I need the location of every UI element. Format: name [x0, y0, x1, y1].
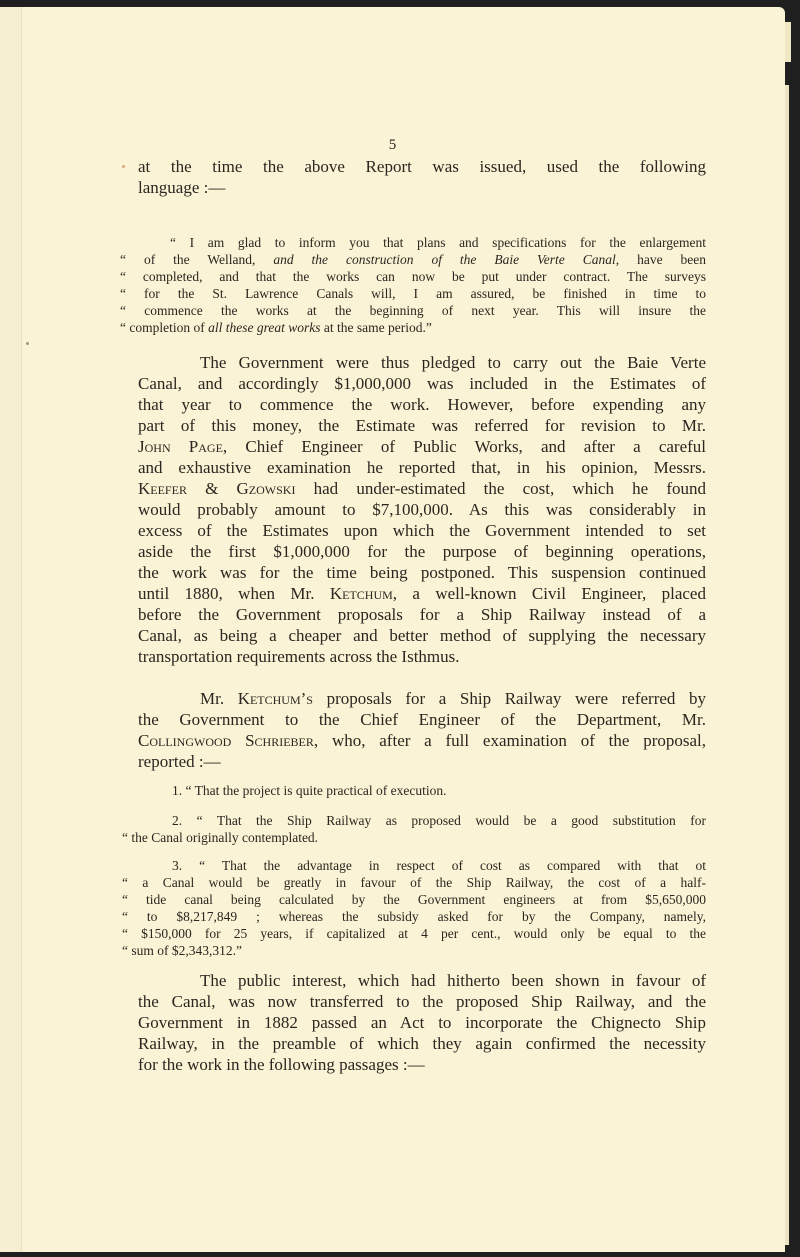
text-line: language :— [138, 177, 706, 198]
text-line: excess of the Estimates upon which the G… [138, 520, 706, 541]
text-line: The public interest, which had hitherto … [138, 970, 706, 991]
quote-line: “ $150,000 for 25 years, if capitalized … [122, 925, 706, 942]
person-name: Keefer & Gzowski [138, 479, 295, 498]
quote-text: “ of the Welland, [120, 252, 273, 267]
text-span: had under-estimated the cost, which he f… [314, 479, 706, 498]
quote-emphasis: all these great works [208, 320, 320, 335]
quote-text: at the same period.” [320, 320, 431, 335]
paragraph-government-pledge: The Government were thus pledged to carr… [138, 352, 706, 667]
quote-line: “ completion of all these great works at… [120, 319, 706, 336]
text-line: transportation requirements across the I… [138, 646, 706, 667]
quote-line: “ completed, and that the works can now … [120, 268, 706, 285]
quote-line: “ tide canal being calculated by the Gov… [122, 891, 706, 908]
item-number: 1. [172, 783, 182, 798]
text-line: would probably amount to $7,100,000. As … [138, 499, 706, 520]
paragraph-continuation: at the time the above Report was issued,… [138, 156, 706, 198]
person-name: Ketchum’s [238, 689, 313, 708]
page-edge-tab [785, 22, 791, 62]
quote-text: “ That the Ship Railway as proposed woul… [197, 813, 706, 828]
text-line: aside the first $1,000,000 for the purpo… [138, 541, 706, 562]
paragraph-ketchum-proposals: Mr. Ketchum’s proposals for a Ship Railw… [138, 688, 706, 772]
text-line: Mr. Ketchum’s proposals for a Ship Railw… [138, 688, 706, 709]
quote-line: “ to $8,217,849 ; whereas the subsidy as… [122, 908, 706, 925]
page-number: 5 [0, 137, 785, 154]
block-quote: “ I am glad to inform you that plans and… [120, 234, 706, 336]
binding-fold [0, 7, 22, 1252]
text-line: the work was for the time being postpone… [138, 562, 706, 583]
text-line: John Page, Chief Engineer of Public Work… [138, 436, 706, 457]
text-span: Mr. [200, 689, 238, 708]
paper-speck [26, 342, 29, 345]
text-span: a well-known Civil Engineer, placed [397, 584, 706, 603]
paper-speck [122, 165, 125, 168]
quote-line: “ a Canal would be greatly in favour of … [122, 874, 706, 891]
text-line: Railway, in the preamble of which they a… [138, 1033, 706, 1054]
item-number: 2. [172, 813, 182, 828]
page-edge [785, 85, 789, 1245]
text-span: who, after a full examination of the pro… [332, 731, 706, 750]
quote-emphasis: and the construction of the Baie Verte C… [273, 252, 619, 267]
quote-line: “ sum of $2,343,312.” [122, 942, 706, 959]
text-line: The Government were thus pledged to carr… [138, 352, 706, 373]
text-line: part of this money, the Estimate was ref… [138, 415, 706, 436]
quote-text: have been [619, 252, 706, 267]
text-line: Keefer & Gzowski had under-estimated the… [138, 478, 706, 499]
quote-line: 1. “ That the project is quite practical… [172, 782, 706, 799]
text-span: Chief Engineer of Public Works, and afte… [245, 437, 706, 456]
text-line: Canal, as being a cheaper and better met… [138, 625, 706, 646]
text-line: at the time the above Report was issued,… [138, 156, 706, 177]
quote-line: “ the Canal originally contemplated. [122, 829, 706, 846]
report-item-2: 2. “ That the Ship Railway as proposed w… [172, 812, 706, 846]
paragraph-public-interest: The public interest, which had hitherto … [138, 970, 706, 1075]
quote-line: “ of the Welland, and the construction o… [120, 251, 706, 268]
text-line: Government in 1882 passed an Act to inco… [138, 1012, 706, 1033]
quote-line: “ commence the works at the beginning of… [120, 302, 706, 319]
person-name: Collingwood Schrieber, [138, 731, 318, 750]
report-item-1: 1. “ That the project is quite practical… [172, 782, 706, 799]
quote-text: “ That the advantage in respect of cost … [199, 858, 706, 873]
person-name: Ketchum, [330, 584, 397, 603]
person-name: John Page, [138, 437, 227, 456]
report-item-3: 3. “ That the advantage in respect of co… [122, 857, 706, 959]
text-line: Canal, and accordingly $1,000,000 was in… [138, 373, 706, 394]
quote-text: “ completion of [120, 320, 208, 335]
quote-line: “ for the St. Lawrence Canals will, I am… [120, 285, 706, 302]
text-line: before the Government proposals for a Sh… [138, 604, 706, 625]
text-span: proposals for a Ship Railway were referr… [313, 689, 706, 708]
text-line: Collingwood Schrieber, who, after a full… [138, 730, 706, 751]
item-number: 3. [172, 858, 182, 873]
text-line: the Government to the Chief Engineer of … [138, 709, 706, 730]
text-line: the Canal, was now transferred to the pr… [138, 991, 706, 1012]
text-line: until 1880, when Mr. Ketchum, a well-kno… [138, 583, 706, 604]
text-line: for the work in the following passages :… [138, 1054, 706, 1075]
quote-text: “ That the project is quite practical of… [186, 783, 447, 798]
quote-line: “ I am glad to inform you that plans and… [120, 234, 706, 251]
quote-line: 2. “ That the Ship Railway as proposed w… [172, 812, 706, 829]
text-line: reported :— [138, 751, 706, 772]
quote-line: 3. “ That the advantage in respect of co… [122, 857, 706, 874]
text-span: until 1880, when Mr. [138, 584, 330, 603]
text-line: and exhaustive examination he reported t… [138, 457, 706, 478]
text-line: that year to commence the work. However,… [138, 394, 706, 415]
